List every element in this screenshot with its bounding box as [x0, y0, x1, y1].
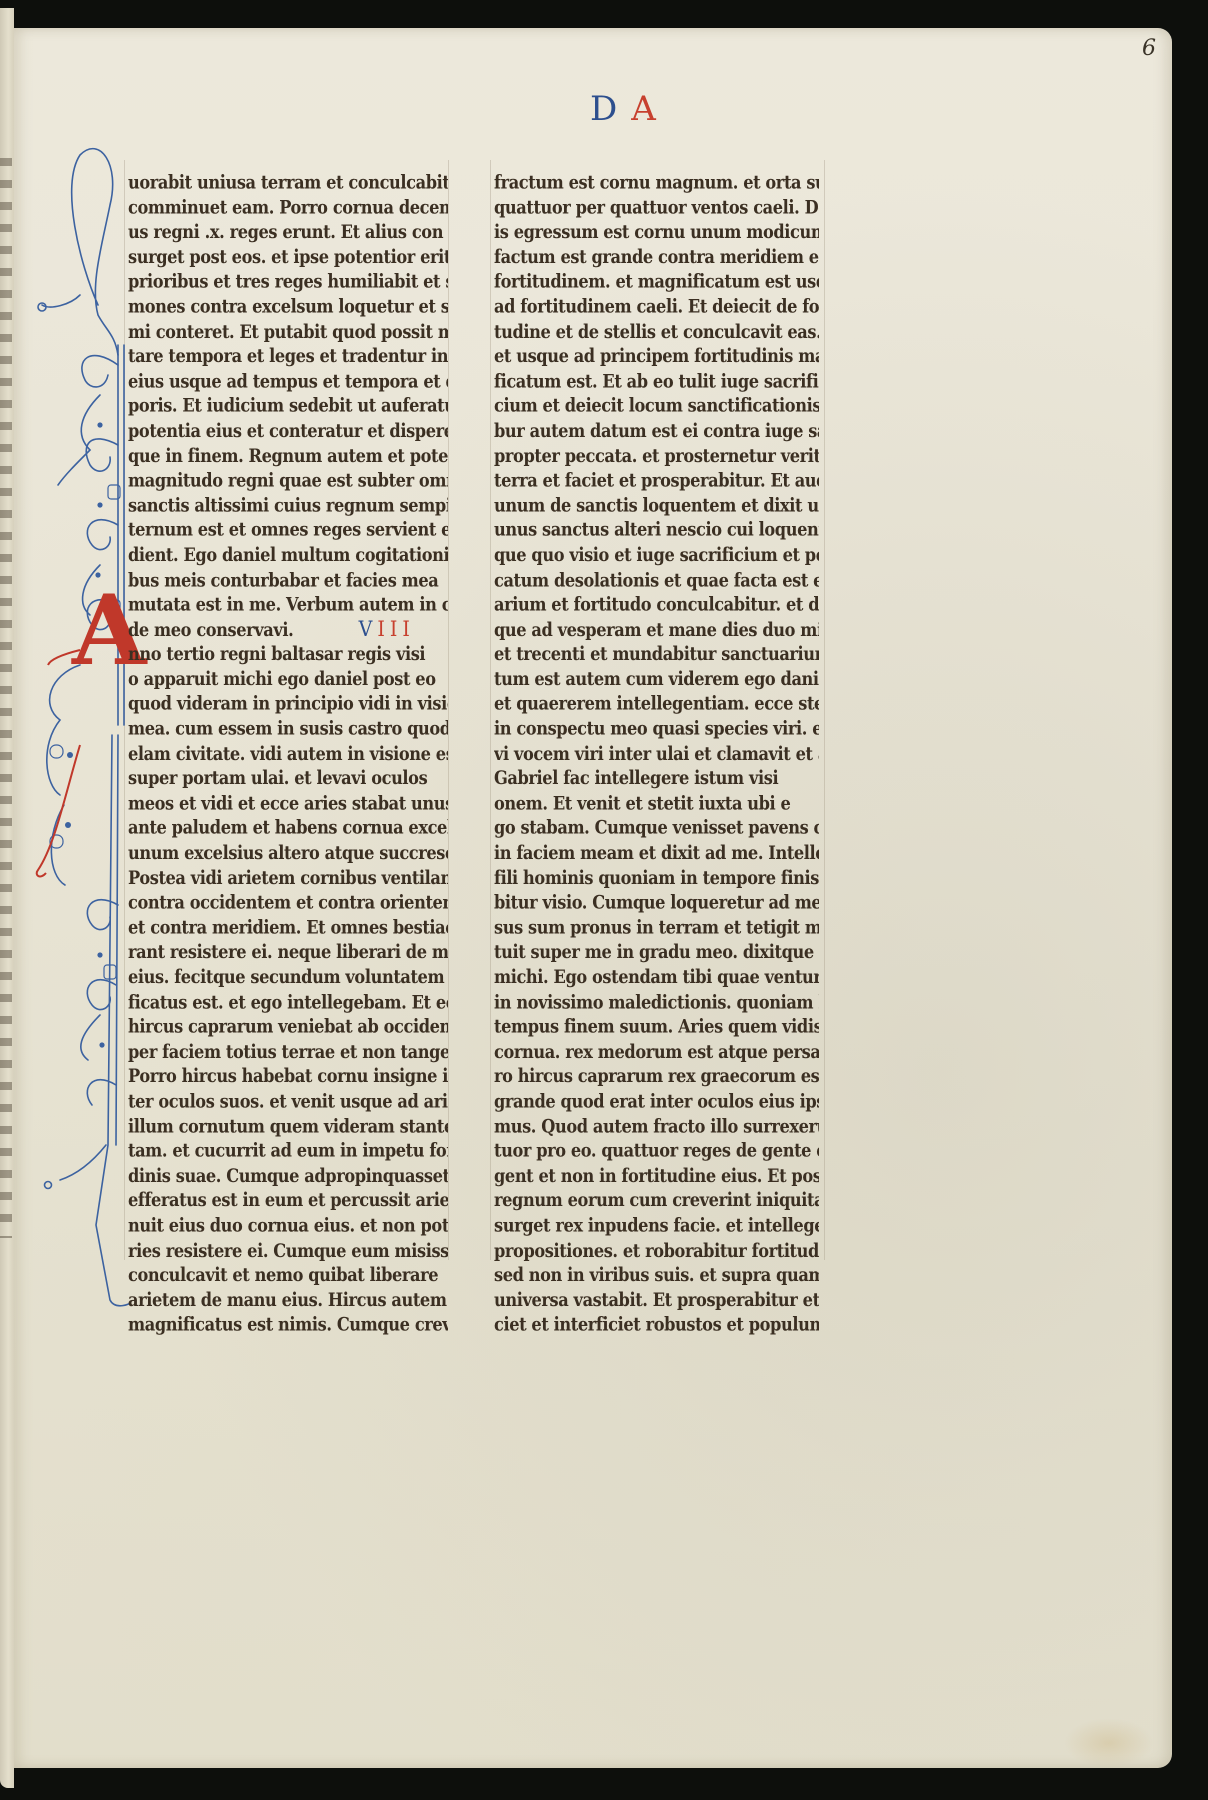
previous-leaf-text [0, 158, 12, 1238]
text-line: propositiones. et roborabitur fortitudo … [494, 1238, 819, 1263]
text-line: efferatus est in eum et percussit ariete… [128, 1188, 448, 1213]
text-line: bitur visio. Cumque loqueretur ad me. co… [494, 890, 819, 915]
ruling-line [448, 160, 449, 1260]
text-column-right: fractum est cornu magnum. et orta sunt c… [494, 170, 819, 1337]
text-line: tare tempora et leges et tradentur in ma… [128, 344, 448, 369]
text-line: poris. Et iudicium sedebit ut auferatur [128, 393, 448, 418]
text-line: magnitudo regni quae est subter omne cae… [128, 468, 448, 493]
text-line: magnificatus est nimis. Cumque crevisset [128, 1312, 448, 1337]
penwork-flourish-icon [20, 145, 130, 1325]
text-line: sus sum pronus in terram et tetigit me. … [494, 915, 819, 940]
text-line: contra occidentem et contra orientem et … [128, 890, 448, 915]
text-line: meos et vidi et ecce aries stabat unus [128, 791, 448, 816]
text-line: quattuor per quattuor ventos caeli. De u… [494, 195, 819, 220]
text-line: catum desolationis et quae facta est et … [494, 567, 819, 592]
text-line: in conspectu meo quasi species viri. et … [494, 716, 819, 741]
text-line: mus. Quod autem fracto illo surrexerunt … [494, 1114, 819, 1139]
text-line: et trecenti et mundabitur sanctuarium. F… [494, 642, 819, 667]
text-line: unum de sanctis loquentem et dixit unus [494, 493, 819, 518]
text-line: go stabam. Cumque venisset pavens corrui [494, 816, 819, 841]
text-line: regnum eorum cum creverint iniquitates c… [494, 1188, 819, 1213]
running-head-left: D [590, 89, 631, 129]
text-line: illum cornutum quem videram stantem ante… [128, 1114, 448, 1139]
text-line: que in finem. Regnum autem et potestas e… [128, 443, 448, 468]
text-line: quod videram in principio vidi in vision… [128, 691, 448, 716]
ruling-line [824, 160, 825, 1260]
text-line: ter oculos suos. et venit usque ad ariet… [128, 1089, 448, 1114]
ruling-line [490, 160, 491, 1260]
text-line: mutata est in me. Verbum autem in cor [128, 592, 448, 617]
text-line: cornua. rex medorum est atque persarum. … [494, 1039, 819, 1064]
text-line: vi vocem viri inter ulai et clamavit et … [494, 741, 819, 766]
text-line: nuit eius duo cornua eius. et non potera… [128, 1213, 448, 1238]
text-line: mea. cum essem in susis castro quod est … [128, 716, 448, 741]
text-line: tempus finem suum. Aries quem vidisti ha… [494, 1014, 819, 1039]
text-line: universa vastabit. Et prosperabitur et f… [494, 1287, 819, 1312]
text-line: grande quod erat inter oculos eius ipse … [494, 1089, 819, 1114]
text-line: tum est autem cum viderem ego daniel vis… [494, 667, 819, 692]
text-line: sanctis altissimi cuius regnum sempi [128, 493, 448, 518]
text-line: tam. et cucurrit ad eum in impetu fortit… [128, 1138, 448, 1163]
text-line: que quo visio et iuge sacrificium et pec [494, 542, 819, 567]
text-line: mones contra excelsum loquetur et sancto… [128, 294, 448, 319]
text-line: que ad vesperam et mane dies duo milia [494, 617, 819, 642]
text-line: et quaererem intellegentiam. ecce stetit [494, 691, 819, 716]
text-line: in faciem meam et dixit ad me. Intellege [494, 840, 819, 865]
text-line: onem. Et venit et stetit iuxta ubi e [494, 791, 819, 816]
running-head: DA [590, 92, 670, 126]
text-line: Gabriel fac intellegere istum visi [494, 766, 819, 791]
text-line: fractum est cornu magnum. et orta sunt c… [494, 170, 819, 195]
text-line: comminuet eam. Porro cornua decem ipsi [128, 195, 448, 220]
text-line: arium et fortitudo conculcabitur. et dix… [494, 592, 819, 617]
text-line: rant resistere ei. neque liberari de man… [128, 940, 448, 965]
text-line: uorabit uniusa terram et conculcabit et [128, 170, 448, 195]
text-line: gent et non in fortitudine eius. Et post [494, 1163, 819, 1188]
water-stain [1064, 1718, 1154, 1768]
text-line: potentia eius et conteratur et dispereat… [128, 418, 448, 443]
text-line: cium et deiecit locum sanctificationis e… [494, 393, 819, 418]
text-column-left: uorabit uniusa terram et conculcabit et … [128, 170, 448, 1337]
text-line: ro hircus caprarum rex graecorum est. Et… [494, 1064, 819, 1089]
text-line: ficatus est. et ego intellegebam. Et ecc… [128, 989, 448, 1014]
text-line: dinis suae. Cumque adpropinquasset prope… [128, 1163, 448, 1188]
text-line: ries resistere ei. Cumque eum misisset i… [128, 1238, 448, 1263]
text-line: unus sanctus alteri nescio cui loquenti.… [494, 518, 819, 543]
text-line: tudine et de stellis et conculcavit eas. [494, 319, 819, 344]
text-line: ficatum est. Et ab eo tulit iuge sacrifi [494, 369, 819, 394]
folio-number: 6 [1142, 36, 1156, 61]
text-line: eius. fecitque secundum voluntatem suam … [128, 965, 448, 990]
text-line: elam civitate. vidi autem in visione ess… [128, 741, 448, 766]
text-line: terra et faciet et prosperabitur. Et aud… [494, 468, 819, 493]
text-line: Postea vidi arietem cornibus ventilantem [128, 865, 448, 890]
text-line: et usque ad principem fortitudinis magni [494, 344, 819, 369]
text-line: arietem de manu eius. Hircus autem capra… [128, 1287, 448, 1312]
chapter-number-blue: V [359, 617, 378, 641]
text-line: ternum est et omnes reges servient ei et… [128, 518, 448, 543]
text-line: mi conteret. Et putabit quod possit mu [128, 319, 448, 344]
text-line: Porro hircus habebat cornu insigne in [128, 1064, 448, 1089]
text-line: ante paludem et habens cornua excelsa et [128, 816, 448, 841]
text-line: surget rex inpudens facie. et intellegen… [494, 1213, 819, 1238]
text-line: is egressum est cornu unum modicum et [494, 220, 819, 245]
text-line: fortitudinem. et magnificatum est usque [494, 269, 819, 294]
text-line: fili hominis quoniam in tempore finis co… [494, 865, 819, 890]
text-line: bus meis conturbabar et facies mea [128, 567, 448, 592]
text-line: in novissimo maledictionis. quoniam habe… [494, 989, 819, 1014]
text-line: sed non in viribus suis. et supra quam c… [494, 1263, 819, 1288]
text-line: ciet et interficiet robustos et populum … [494, 1312, 819, 1337]
previous-leaf-edge [0, 8, 14, 1788]
text-line: ad fortitudinem caeli. Et deiecit de for… [494, 294, 819, 319]
chapter-number-red: III [377, 617, 415, 641]
text-line: tuit super me in gradu meo. dixitque [494, 940, 819, 965]
text-line: propter peccata. et prosternetur veritas… [494, 443, 819, 468]
text-line: bur autem datum est ei contra iuge sacri… [494, 418, 819, 443]
text-line: eius usque ad tempus et tempora et dimid… [128, 369, 448, 394]
text-line: dient. Ego daniel multum cogitationi [128, 542, 448, 567]
text-line: de meo conservavi. VIII [128, 617, 448, 642]
text-line: et contra meridiem. Et omnes bestiae non… [128, 915, 448, 940]
text-line: surget post eos. et ipse potentior erit [128, 244, 448, 269]
chapter-number: VIII [359, 617, 415, 642]
text-line: michi. Ego ostendam tibi quae ventura su… [494, 965, 819, 990]
text-line: us regni .x. reges erunt. Et alius con [128, 220, 448, 245]
text-line: super portam ulai. et levavi oculos [128, 766, 448, 791]
text-line: hircus caprarum veniebat ab occidente su [128, 1014, 448, 1039]
text-line: unum excelsius altero atque succrescens. [128, 840, 448, 865]
text-line: tuor pro eo. quattuor reges de gente eiu… [494, 1138, 819, 1163]
text-line-content: de meo conservavi. [128, 618, 293, 640]
running-head-right: A [631, 89, 670, 129]
text-line: o apparuit michi ego daniel post eo [128, 667, 448, 692]
text-line: conculcavit et nemo quibat liberare [128, 1263, 448, 1288]
text-line: prioribus et tres reges humiliabit et se… [128, 269, 448, 294]
text-line: nno tertio regni baltasar regis visi [128, 642, 448, 667]
text-line: factum est grande contra meridiem et con… [494, 244, 819, 269]
text-line: per faciem totius terrae et non tangebat… [128, 1039, 448, 1064]
